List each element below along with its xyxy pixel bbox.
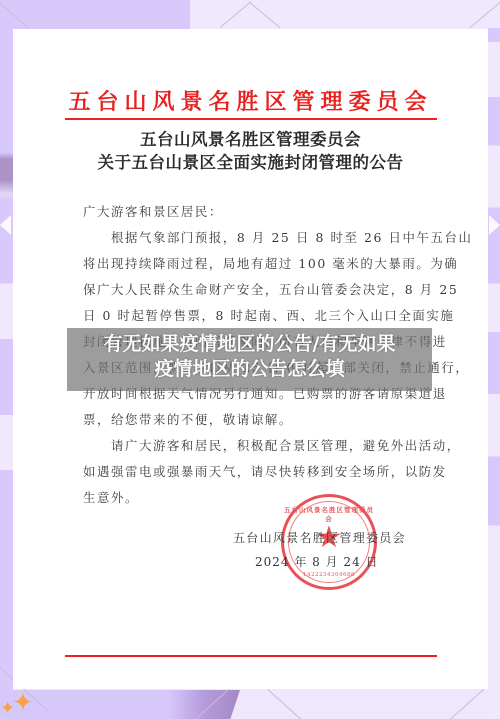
caption-line-1: 有无如果疫情地区的公告/有无如果	[67, 332, 432, 357]
chevron-right-icon[interactable]	[489, 215, 500, 235]
paragraph-1-line: 将出现持续降雨过程，局地有超过 100 毫米的大暴雨。为确	[83, 254, 433, 272]
paragraph-2-line: 请广大游客和居民，积极配合景区管理，避免外出活动，	[83, 436, 433, 454]
document-title-line-2: 关于五台山景区全面实施封闭管理的公告	[13, 149, 488, 173]
background-diagonal-line	[267, 689, 301, 719]
signature-org: 五台山风景名胜区管理委员会	[233, 529, 406, 546]
seal-code: 1422234304686	[284, 572, 374, 578]
paragraph-1-line: 日 0 时起暂停售票，8 时起南、西、北三个入山口全面实施	[83, 306, 433, 324]
red-divider-top	[65, 118, 437, 120]
paragraph-1-line: 票，给您带来的不便，敬请谅解。	[83, 410, 433, 428]
background-top-left	[0, 0, 190, 30]
paragraph-2-line: 生意外。	[83, 488, 433, 506]
caption-overlay: 有无如果疫情地区的公告/有无如果 疫情地区的公告怎么填	[67, 328, 432, 391]
org-red-header: 五台山风景名胜区管理委员会	[13, 85, 488, 116]
background-diagonal-line	[450, 689, 484, 719]
caption-text: 有无如果疫情地区的公告/有无如果 疫情地区的公告怎么填	[67, 332, 432, 382]
caption-line-2: 疫情地区的公告怎么填	[67, 357, 432, 382]
paragraph-1-line: 根据气象部门预报，8 月 25 日 8 时至 26 日中午五台山	[83, 228, 433, 246]
chevron-left-icon[interactable]	[0, 215, 11, 235]
signature-date: 2024 年 8 月 24 日	[255, 553, 379, 570]
paragraph-2-line: 如遇强雷电或强暴雨天气，请尽快转移到安全场所，以防发	[83, 462, 433, 480]
sparkle-icon: ✦	[12, 690, 34, 716]
paragraph-1-line: 保广大人民群众生命财产安全，五台山管委会决定，8 月 25	[83, 280, 433, 298]
background-bottom-left	[0, 690, 240, 719]
background-right-strip	[488, 28, 500, 719]
sparkle-icon: ✦	[0, 700, 15, 718]
document-title-line-1: 五台山风景名胜区管理委员会	[13, 126, 488, 150]
red-divider-bottom	[65, 655, 437, 657]
background-left-strip	[0, 28, 13, 719]
salutation: 广大游客和景区居民：	[83, 202, 433, 220]
